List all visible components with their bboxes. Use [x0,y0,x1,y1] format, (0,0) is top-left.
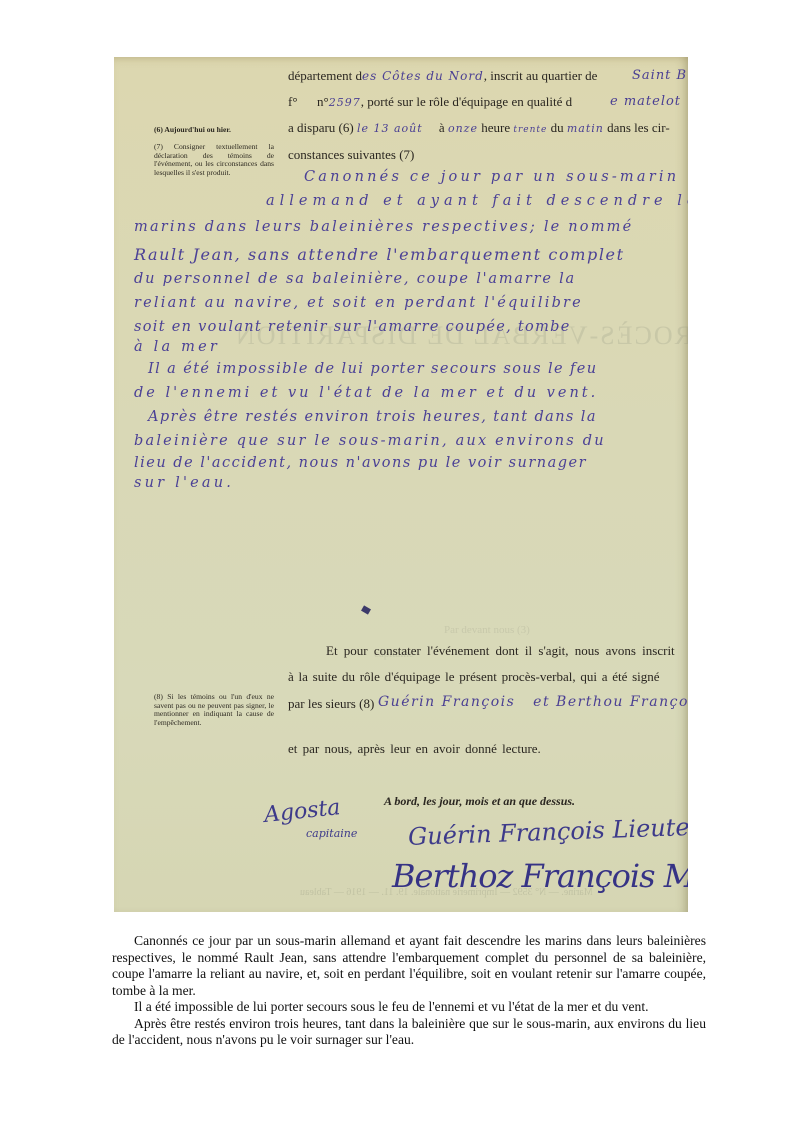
transcription-text: Canonnés ce jour par un sous-marin allem… [112,933,706,1049]
statement-line: du personnel de sa baleinière, coupe l'a… [134,271,576,287]
transcription-paragraph: Il a été impossible de lui porter secour… [112,999,706,1016]
statement-line: allemand et ayant fait descendre les [266,193,688,209]
statement-line: lieu de l'accident, nous n'avons pu le v… [134,455,587,471]
printed-line-disparu: a disparu (6) le 13 août à onze heure tr… [288,120,670,136]
handwritten-statement: Canonnés ce jour par un sous-marin allem… [128,169,684,479]
statement-line: Il a été impossible de lui porter secour… [148,361,598,377]
statement-line: marins dans leurs baleinières respective… [134,219,633,235]
printed-line-circonstances: constances suivantes (7) [288,147,414,163]
statement-line: Rault Jean, sans attendre l'embarquement… [134,245,625,264]
handwritten-heure-detail: trente [513,125,547,135]
scanned-document-image: PROCÈS-VERBAL DE DISPARITION Par devant … [114,57,688,912]
statement-line: à la mer [134,339,220,355]
statement-line: Après être restés environ trois heures, … [148,409,597,425]
transcription-paragraph: Après être restés environ trois heures, … [112,1016,706,1049]
statement-line: sur l'eau. [134,475,234,491]
closing-line-5: A bord, les jour, mois et an que dessus. [384,794,575,809]
handwritten-witnesses: Guérin François et Berthou François [378,694,688,710]
statement-line: soit en voulant retenir sur l'amarre cou… [134,319,571,335]
margin-note-6: (6) Aujourd'hui ou hier. [154,126,274,135]
handwritten-numero: 2597 [329,96,361,109]
signature-matelot: Berthoz François Matelot [392,857,688,895]
transcription-paragraph: Canonnés ce jour par un sous-marin allem… [112,933,706,999]
handwritten-qualite: e matelot [610,94,681,109]
handwritten-quartier: Saint Brieuc [632,68,688,83]
closing-line-1: Et pour constater l'événement dont il s'… [326,643,675,659]
statement-line: de l'ennemi et vu l'état de la mer et du… [134,385,598,401]
stray-ink-mark [361,605,371,614]
bleed-through-text: Par devant nous (3) [444,624,530,636]
handwritten-periode: matin [567,122,604,135]
handwritten-departement: es Côtes du Nord [362,69,484,83]
statement-line: Canonnés ce jour par un sous-marin [304,169,679,185]
handwritten-heure: onze [448,122,478,135]
statement-line: baleinière que sur le sous-marin, aux en… [134,433,606,449]
margin-note-8: (8) Si les témoins ou l'un d'eux ne save… [154,693,274,727]
closing-line-2: à la suite du rôle d'équipage le présent… [288,669,660,685]
statement-line: reliant au navire, et soit en perdant l'… [134,295,583,311]
closing-line-3: par les sieurs (8) [288,696,374,712]
printed-line-role: f° n°2597, porté sur le rôle d'équipage … [288,94,572,110]
handwritten-date: le 13 août [357,122,423,135]
captain-signature: Agosta [263,795,342,828]
captain-title: capitaine [306,827,357,840]
printed-line-departement: département des Côtes du Nord, inscrit a… [288,68,597,84]
closing-line-4: et par nous, après leur en avoir donné l… [288,741,541,757]
signature-lieutenant: Guérin François Lieutenant [408,811,688,851]
